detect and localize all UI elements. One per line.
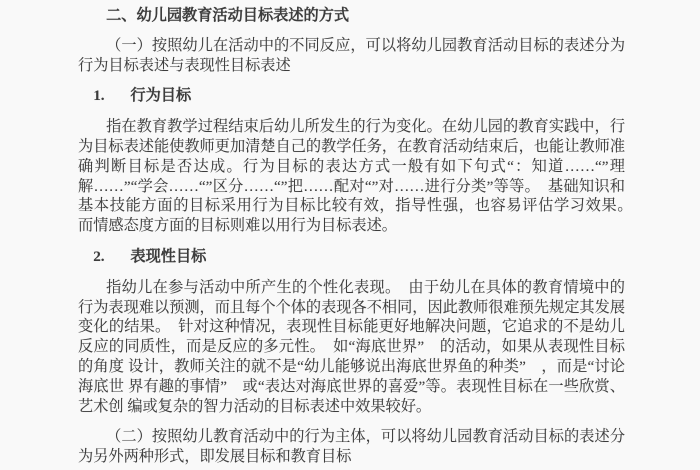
paragraph: （二）按照幼儿教育活动中的行为主体，可以将幼儿园教育活动目标的表述分为另外两种形… [78,427,625,467]
paragraph: 指在教育教学过程结束后幼儿所发生的行为变化。在幼儿园的教育实践中，行为目标表述能… [78,117,625,236]
heading-number: 1. [93,87,104,104]
heading-label: 表现性目标 [130,248,206,265]
heading-label: 行为目标 [130,87,191,104]
section-title: 二、幼儿园教育活动目标表述的方式 [78,6,625,26]
paragraph: （一）按照幼儿在活动中的不同反应，可以将幼儿园教育活动目标的表述分为行为目标表述… [78,36,625,76]
heading-number: 2. [93,248,104,265]
document-page: 二、幼儿园教育活动目标表述的方式（一）按照幼儿在活动中的不同反应，可以将幼儿园教… [0,0,700,470]
numbered-heading: 1.行为目标 [78,86,625,106]
numbered-heading: 2.表现性目标 [78,247,625,267]
paragraph: 指幼儿在参与活动中所产生的个性化表现。 由于幼儿在具体的教育情境中的行为表现难以… [78,278,625,417]
document-content: 二、幼儿园教育活动目标表述的方式（一）按照幼儿在活动中的不同反应，可以将幼儿园教… [78,6,625,467]
